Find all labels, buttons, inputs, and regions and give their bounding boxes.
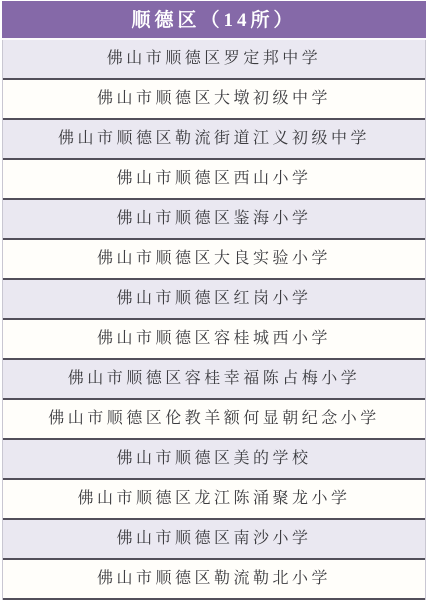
table-row: 佛山市顺德区美的学校 — [3, 440, 425, 480]
table-row: 佛山市顺德区勒流勒北小学 — [3, 560, 425, 600]
region-school-table: 顺德区（14所） 佛山市顺德区罗定邦中学佛山市顺德区大墩初级中学佛山市顺德区勒流… — [0, 0, 428, 603]
table-row: 佛山市顺德区伦教羊额何显朝纪念小学 — [3, 400, 425, 440]
table-row: 佛山市顺德区大良实验小学 — [3, 240, 425, 280]
table-row: 佛山市顺德区罗定邦中学 — [3, 40, 425, 80]
table-row: 佛山市顺德区南沙小学 — [3, 520, 425, 560]
table-body: 佛山市顺德区罗定邦中学佛山市顺德区大墩初级中学佛山市顺德区勒流街道江义初级中学佛… — [2, 40, 426, 600]
table-row: 佛山市顺德区容桂幸福陈占梅小学 — [3, 360, 425, 400]
table-row: 佛山市顺德区红岗小学 — [3, 280, 425, 320]
table-row: 佛山市顺德区鉴海小学 — [3, 200, 425, 240]
table-row: 佛山市顺德区勒流街道江义初级中学 — [3, 120, 425, 160]
table-row: 佛山市顺德区容桂城西小学 — [3, 320, 425, 360]
table-row: 佛山市顺德区龙江陈涌聚龙小学 — [3, 480, 425, 520]
table-row: 佛山市顺德区大墩初级中学 — [3, 80, 425, 120]
table-row: 佛山市顺德区西山小学 — [3, 160, 425, 200]
table-header-title: 顺德区（14所） — [2, 1, 426, 40]
